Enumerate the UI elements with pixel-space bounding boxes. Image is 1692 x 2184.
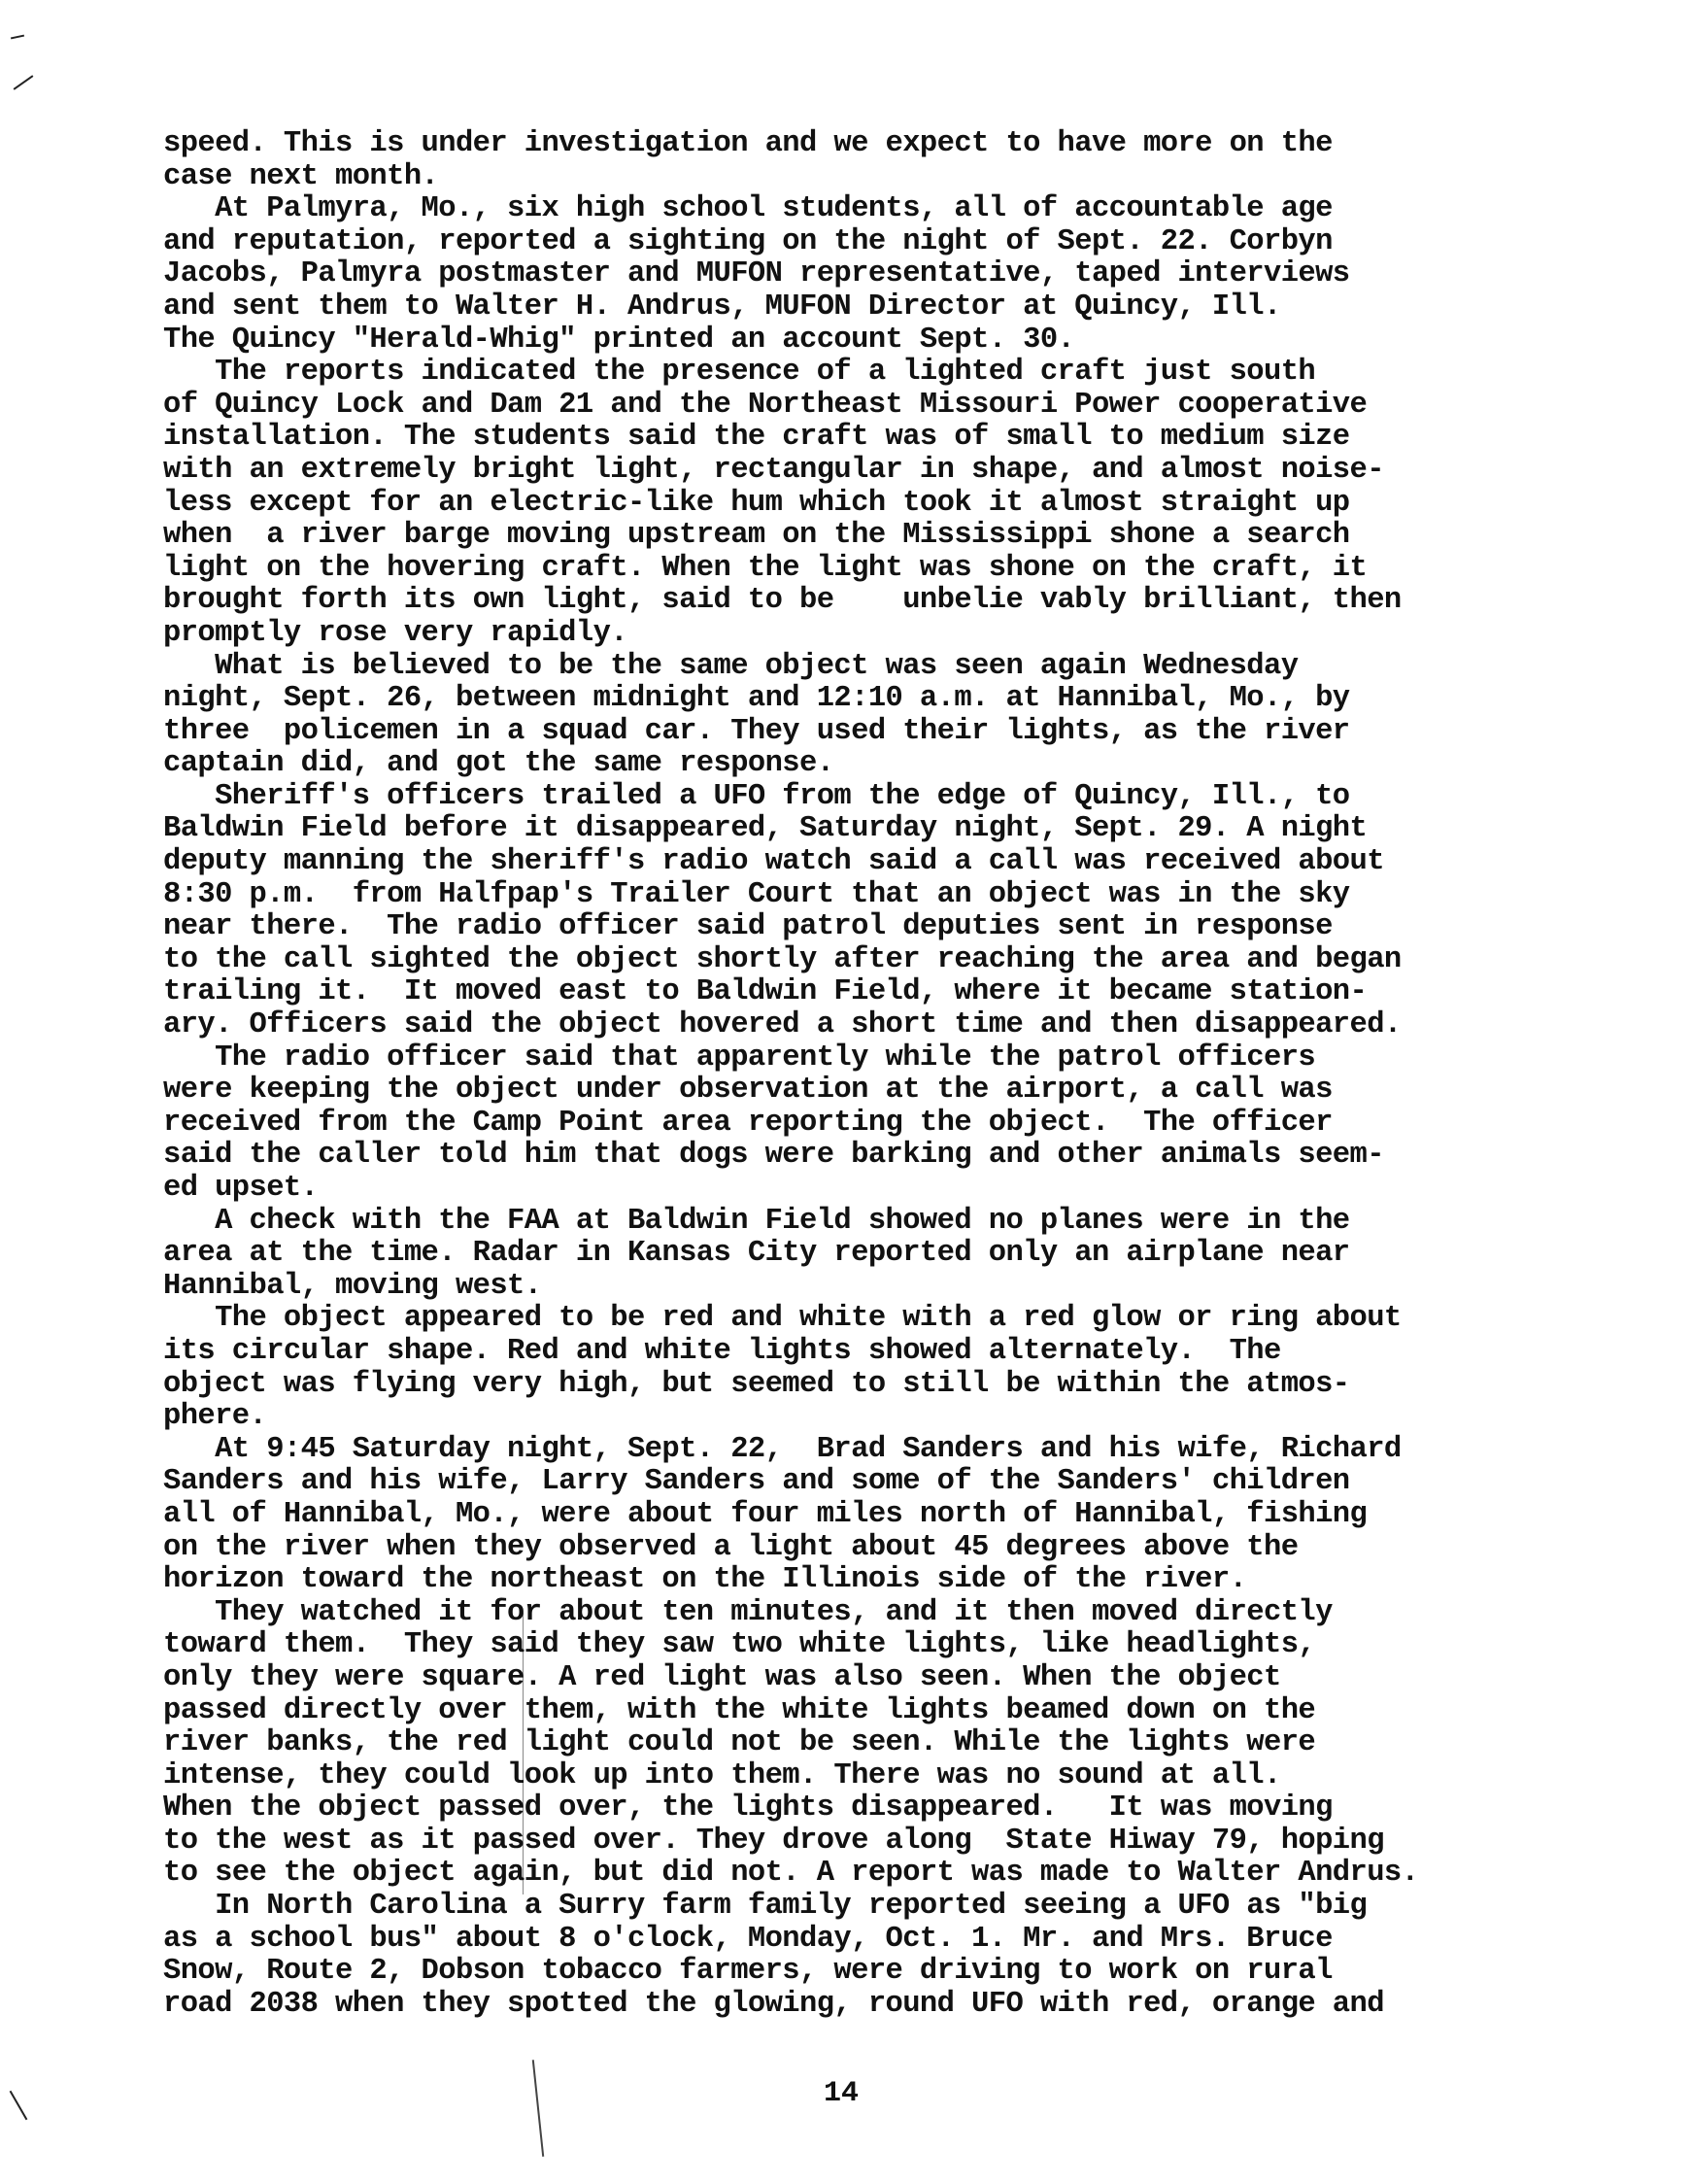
text-line: case next month. <box>163 161 1581 194</box>
text-line: What is believed to be the same object w… <box>163 651 1581 684</box>
text-line: night, Sept. 26, between midnight and 12… <box>163 683 1581 716</box>
text-line: less except for an electric-like hum whi… <box>163 488 1581 521</box>
scan-crease <box>532 2060 544 2157</box>
scan-mark <box>10 2091 28 2120</box>
text-line: The radio officer said that apparently w… <box>163 1042 1581 1075</box>
text-line: all of Hannibal, Mo., were about four mi… <box>163 1499 1581 1532</box>
text-line: ary. Officers said the object hovered a … <box>163 1009 1581 1042</box>
text-line: The Quincy "Herald-Whig" printed an acco… <box>163 324 1581 358</box>
text-line: with an extremely bright light, rectangu… <box>163 455 1581 488</box>
text-line: as a school bus" about 8 o'clock, Monday… <box>163 1924 1581 1957</box>
text-line: phere. <box>163 1401 1581 1434</box>
text-line: intense, they could look up into them. T… <box>163 1760 1581 1793</box>
text-line: its circular shape. Red and white lights… <box>163 1336 1581 1369</box>
text-line: 8:30 p.m. from Halfpap's Trailer Court t… <box>163 879 1581 912</box>
scan-mark <box>14 75 34 89</box>
text-line: of Quincy Lock and Dam 21 and the Northe… <box>163 390 1581 423</box>
text-line: promptly rose very rapidly. <box>163 618 1581 651</box>
text-line: Baldwin Field before it disappeared, Sat… <box>163 813 1581 846</box>
text-line: Snow, Route 2, Dobson tobacco farmers, w… <box>163 1956 1581 1989</box>
text-line: near there. The radio officer said patro… <box>163 911 1581 944</box>
text-line: and reputation, reported a sighting on t… <box>163 226 1581 259</box>
text-line: Sanders and his wife, Larry Sanders and … <box>163 1466 1581 1499</box>
text-line: only they were square. A red light was a… <box>163 1662 1581 1695</box>
text-line: When the object passed over, the lights … <box>163 1792 1581 1826</box>
page-number: 14 <box>824 2077 859 2110</box>
text-line: A check with the FAA at Baldwin Field sh… <box>163 1206 1581 1239</box>
text-line: on the river when they observed a light … <box>163 1532 1581 1565</box>
text-line: passed directly over them, with the whit… <box>163 1695 1581 1728</box>
text-line: light on the hovering craft. When the li… <box>163 553 1581 586</box>
text-line: Jacobs, Palmyra postmaster and MUFON rep… <box>163 258 1581 291</box>
text-line: object was flying very high, but seemed … <box>163 1369 1581 1402</box>
text-line: were keeping the object under observatio… <box>163 1075 1581 1108</box>
text-line: said the caller told him that dogs were … <box>163 1140 1581 1173</box>
text-line: horizon toward the northeast on the Illi… <box>163 1564 1581 1597</box>
text-line: trailing it. It moved east to Baldwin Fi… <box>163 976 1581 1009</box>
text-line: brought forth its own light, said to be … <box>163 585 1581 618</box>
text-line: speed. This is under investigation and w… <box>163 128 1581 161</box>
text-line: three policemen in a squad car. They use… <box>163 716 1581 749</box>
text-line: ed upset. <box>163 1173 1581 1206</box>
text-line: The reports indicated the presence of a … <box>163 357 1581 390</box>
text-line: area at the time. Radar in Kansas City r… <box>163 1238 1581 1271</box>
text-line: to the call sighted the object shortly a… <box>163 944 1581 977</box>
text-line: Hannibal, moving west. <box>163 1271 1581 1304</box>
text-line: to the west as it passed over. They drov… <box>163 1826 1581 1859</box>
document-page: speed. This is under investigation and w… <box>0 0 1692 2184</box>
text-line: Sheriff's officers trailed a UFO from th… <box>163 781 1581 814</box>
body-text: speed. This is under investigation and w… <box>163 128 1581 2021</box>
text-line: received from the Camp Point area report… <box>163 1108 1581 1141</box>
text-line: At 9:45 Saturday night, Sept. 22, Brad S… <box>163 1434 1581 1467</box>
text-line: to see the object again, but did not. A … <box>163 1858 1581 1891</box>
text-line: river banks, the red light could not be … <box>163 1727 1581 1760</box>
text-line: deputy manning the sheriff's radio watch… <box>163 846 1581 879</box>
text-line: captain did, and got the same response. <box>163 748 1581 781</box>
text-line: and sent them to Walter H. Andrus, MUFON… <box>163 291 1581 324</box>
text-line: The object appeared to be red and white … <box>163 1303 1581 1336</box>
text-line: At Palmyra, Mo., six high school student… <box>163 193 1581 226</box>
scan-mark <box>11 35 24 40</box>
text-line: when a river barge moving upstream on th… <box>163 520 1581 553</box>
text-line: In North Carolina a Surry farm family re… <box>163 1891 1581 1924</box>
text-line: toward them. They said they saw two whit… <box>163 1629 1581 1662</box>
text-line: installation. The students said the craf… <box>163 422 1581 455</box>
text-line: They watched it for about ten minutes, a… <box>163 1597 1581 1630</box>
text-line: road 2038 when they spotted the glowing,… <box>163 1989 1581 2022</box>
